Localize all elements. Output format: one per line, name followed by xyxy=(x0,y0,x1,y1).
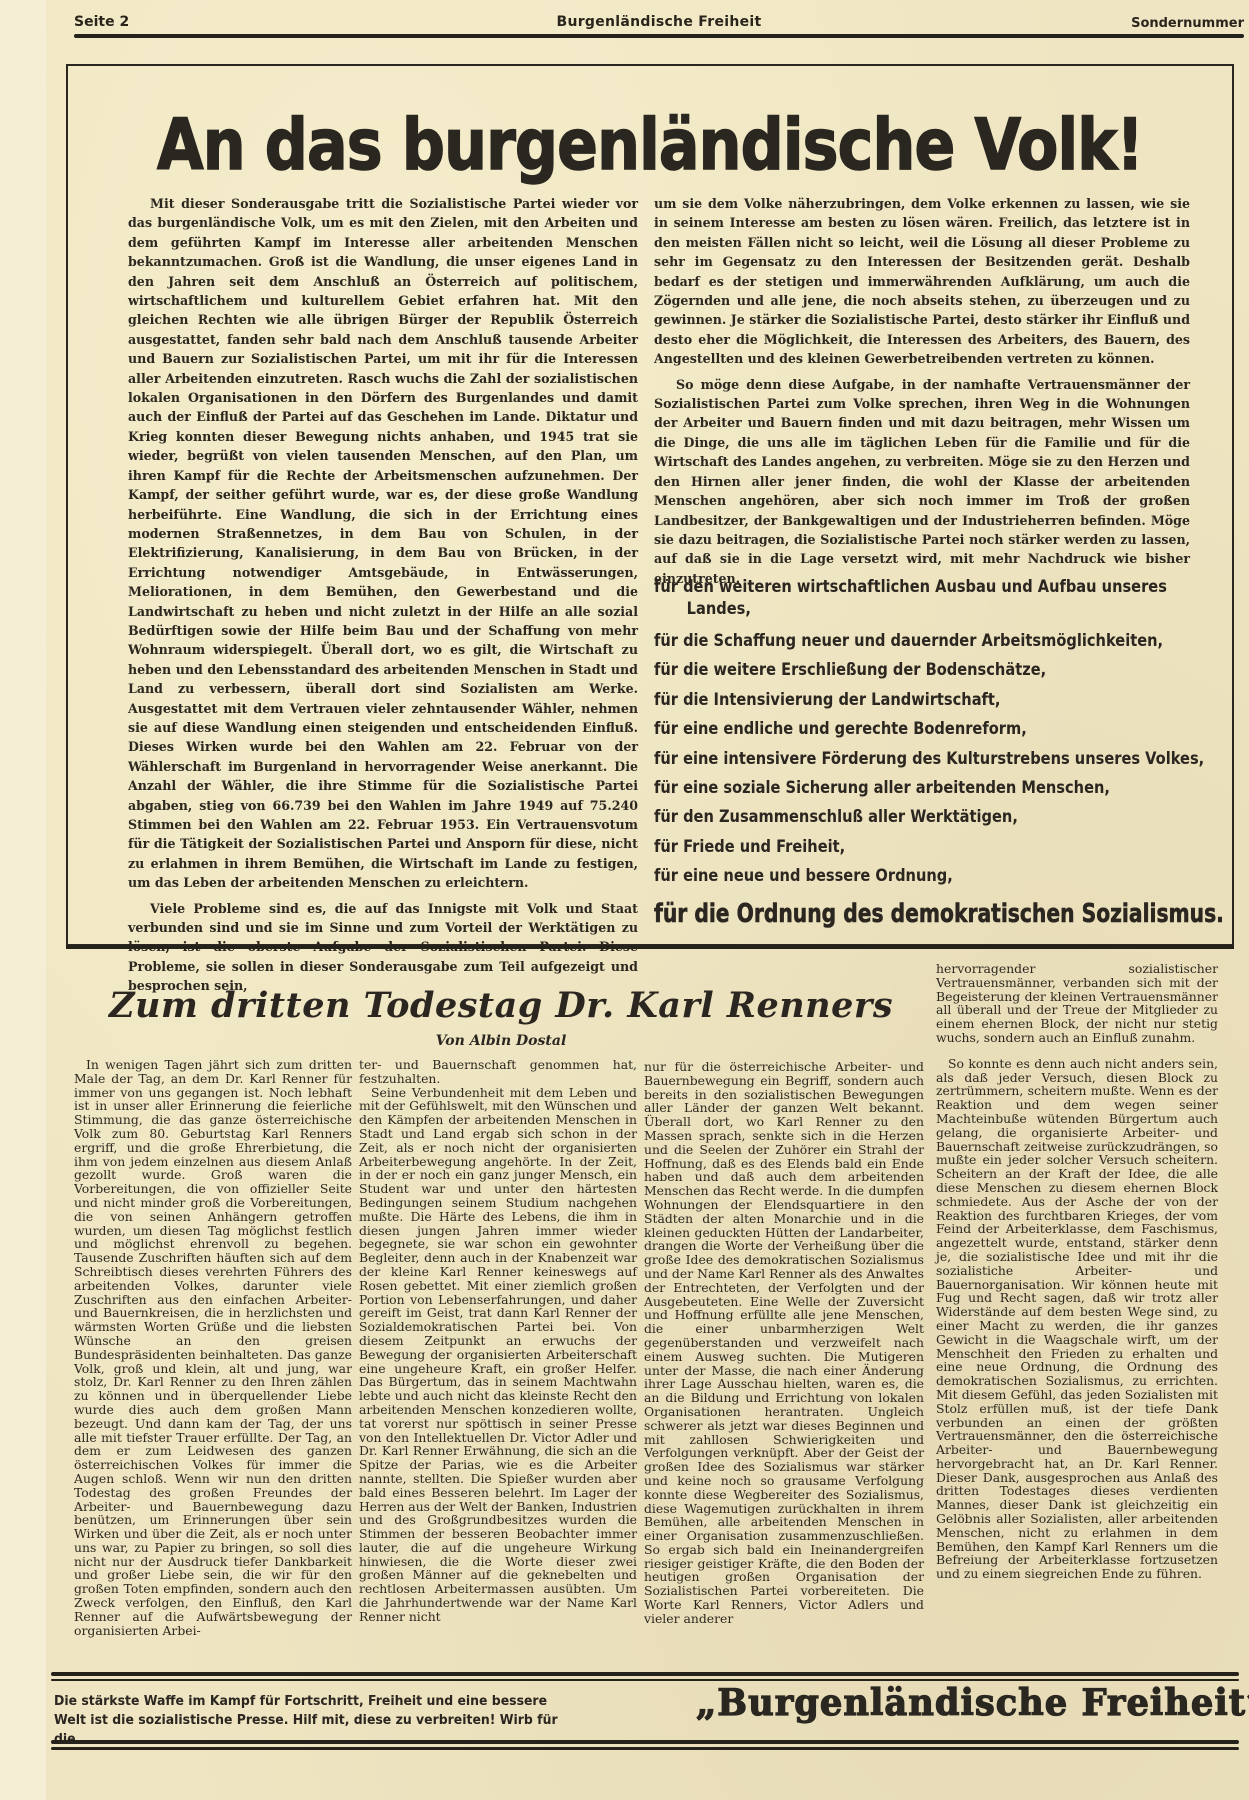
article-paragraph: nur für die österreichische Arbeiter- un… xyxy=(644,1060,924,1626)
appeal-paragraph: So möge denn diese Aufgabe, in der namha… xyxy=(654,375,1190,588)
demand-item: für den weiteren wirtschaftlichen Ausbau… xyxy=(654,576,1194,627)
demands-list: für den weiteren wirtschaftlichen Ausbau… xyxy=(654,576,1194,932)
paper-name: Burgenländische Freiheit xyxy=(74,14,1244,30)
appeal-column-right: um sie dem Volke näherzubringen, dem Vol… xyxy=(654,194,1190,588)
demand-item: für die Schaffung neuer und dauernder Ar… xyxy=(654,627,1118,656)
appeal-column-left: Mit dieser Sonderausgabe tritt die Sozia… xyxy=(128,194,638,996)
article-paragraph: ter- und Bauernschaft genommen hat, fest… xyxy=(359,1058,637,1086)
footer-rule xyxy=(51,1740,1239,1744)
appeal-paragraph: Mit dieser Sonderausgabe tritt die Sozia… xyxy=(128,194,638,893)
demand-item: für eine intensivere Förderung des Kultu… xyxy=(654,745,1118,774)
demand-item: für den Zusammenschluß aller Werktätigen… xyxy=(654,803,1118,832)
demand-item: für eine neue und bessere Ordnung, xyxy=(654,862,1118,891)
footer-rule xyxy=(51,1672,1239,1676)
article-column-4: hervorragender sozialistischer Vertrauen… xyxy=(936,962,1218,1581)
article-column-3: nur für die österreichische Arbeiter- un… xyxy=(644,1060,924,1626)
masthead: Seite 2 Burgenländische Freiheit Sondern… xyxy=(74,10,1244,32)
masthead-rule xyxy=(74,34,1244,38)
page-margin xyxy=(0,0,46,1800)
demand-item: für Friede und Freiheit, xyxy=(654,833,1118,862)
article-paragraph: Seine Verbundenheit mit dem Leben und mi… xyxy=(359,1086,637,1624)
demand-item: für eine endliche und gerechte Bodenrefo… xyxy=(654,715,1118,744)
article-title: Zum dritten Todestag Dr. Karl Renners xyxy=(66,985,936,1026)
appeal-paragraph: um sie dem Volke näherzubringen, dem Vol… xyxy=(654,194,1190,369)
demand-item: für die weitere Erschließung der Bodensc… xyxy=(654,656,1118,685)
article-paragraph: In wenigen Tagen jährt sich zum dritten … xyxy=(74,1058,352,1637)
edition-label: Sondernummer xyxy=(1131,16,1244,31)
section-rule xyxy=(66,945,1234,949)
demand-final: für die Ordnung des demokratischen Sozia… xyxy=(654,896,1075,932)
article-paragraph: So konnte es denn auch nicht anders sein… xyxy=(936,1057,1218,1581)
demand-item: für die Intensivierung der Landwirtschaf… xyxy=(654,686,1118,715)
article-column-1: In wenigen Tagen jährt sich zum dritten … xyxy=(74,1058,352,1637)
footer-rule xyxy=(51,1679,1239,1681)
promo-paper-name: „Burgenländische Freiheit” xyxy=(696,1682,1245,1724)
newspaper-page: Seite 2 Burgenländische Freiheit Sondern… xyxy=(46,0,1246,1800)
appeal-headline: An das burgenländische Volk! xyxy=(149,104,1150,186)
demand-item: für eine soziale Sicherung aller arbeite… xyxy=(654,774,1118,803)
footer-rule xyxy=(51,1747,1239,1750)
article-column-2: ter- und Bauernschaft genommen hat, fest… xyxy=(359,1058,637,1624)
article-paragraph: hervorragender sozialistischer Vertrauen… xyxy=(936,962,1218,1045)
article-byline: Von Albin Dostal xyxy=(66,1033,936,1049)
appeal-box: An das burgenländische Volk! Mit dieser … xyxy=(66,64,1234,946)
